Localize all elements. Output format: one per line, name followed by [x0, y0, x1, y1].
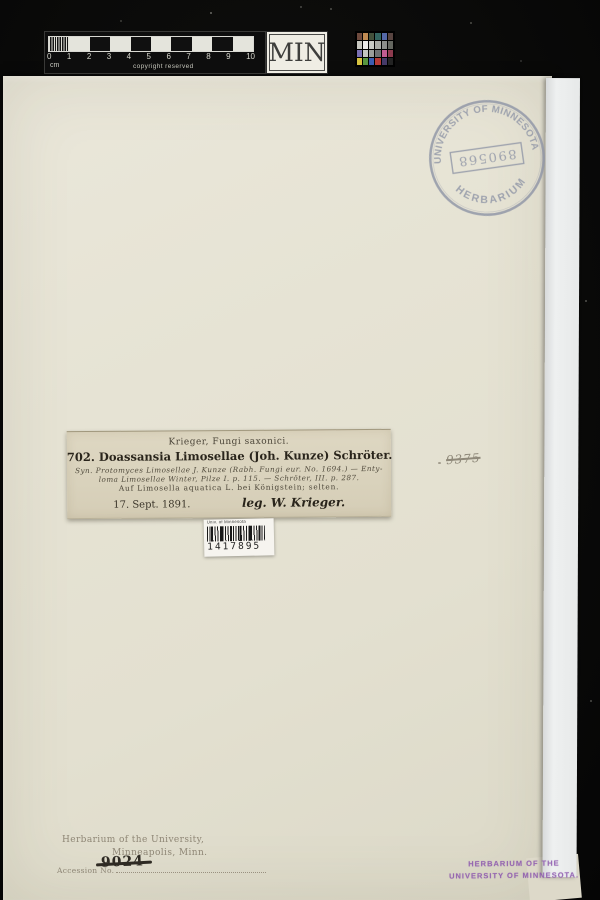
annotation-number: 9375 [446, 451, 481, 467]
color-patch [357, 33, 362, 40]
copyright-label: copyright reserved [133, 63, 194, 70]
barcode-header: Univ. of Minnesota [207, 519, 270, 525]
tick-label: 6 [166, 53, 170, 61]
specimen-label: Krieger, Fungi saxonici. 702. Doassansia… [67, 429, 392, 519]
scale-bar-ticks: 0 1 2 3 4 5 6 7 8 9 10 [47, 53, 255, 61]
color-patch [363, 50, 368, 57]
institution-code-box: MIN [266, 31, 328, 74]
barcode-bars [207, 525, 265, 541]
accession-row: Accession No. [57, 864, 266, 875]
color-patch [357, 41, 362, 48]
color-patch [382, 58, 387, 65]
color-patch [375, 58, 380, 65]
color-patch [388, 58, 393, 65]
unit-label: cm [50, 62, 59, 69]
footer-institution-line1: Herbarium of the University, [62, 835, 204, 845]
label-collector: leg. W. Krieger. [242, 495, 345, 510]
color-patch [363, 41, 368, 48]
color-patch [363, 58, 368, 65]
dust-specks [0, 0, 2, 2]
scale-bar-segments [48, 36, 254, 52]
color-patch [382, 50, 387, 57]
photographed-herbarium-sheet: 0 1 2 3 4 5 6 7 8 9 10 cm copyright rese… [0, 0, 600, 900]
university-herbarium-stamp: UNIVERSITY OF MINNESOTA HERBARIUM 890568 [416, 87, 558, 229]
color-patch [375, 33, 380, 40]
tick-label: 1 [67, 53, 71, 61]
tick-label: 8 [206, 53, 210, 61]
color-patch [375, 50, 380, 57]
scale-bar: 0 1 2 3 4 5 6 7 8 9 10 cm copyright rese… [44, 31, 266, 74]
tick-label: 3 [107, 53, 111, 61]
color-checker [355, 31, 395, 67]
barcode-label: Univ. of Minnesota 1417895 [204, 518, 275, 556]
label-date: 17. Sept. 1891. [113, 499, 190, 511]
tick-label: 9 [226, 53, 230, 61]
tick-label: 4 [127, 53, 131, 61]
color-patch [369, 41, 374, 48]
color-patch [388, 33, 393, 40]
color-patch [388, 41, 393, 48]
tick-label: 5 [147, 53, 151, 61]
barcode-number: 1417895 [207, 540, 274, 552]
color-patch [369, 58, 374, 65]
color-patch [357, 58, 362, 65]
color-patch [369, 50, 374, 57]
tick-label: 0 [47, 53, 51, 61]
label-species-title: 702. Doassansia Limosellae (Joh. Kunze) … [67, 448, 391, 464]
tick-label: 10 [246, 53, 255, 61]
color-patch [363, 33, 368, 40]
label-series: Krieger, Fungi saxonici. [67, 436, 391, 448]
color-patch [369, 33, 374, 40]
color-patch [388, 50, 393, 57]
color-patch [357, 50, 362, 57]
tick-label: 7 [186, 53, 190, 61]
color-patch [375, 41, 380, 48]
color-patch [382, 41, 387, 48]
tick-label: 2 [87, 53, 91, 61]
color-patch [382, 33, 387, 40]
pen-mark [438, 462, 441, 464]
acquisition-stamp: HERBARIUM OF THE UNIVERSITY OF MINNESOTA… [436, 857, 592, 882]
stamp-accession-number: 890568 [456, 145, 517, 168]
acquisition-stamp-line2: UNIVERSITY OF MINNESOTA. [436, 869, 592, 882]
